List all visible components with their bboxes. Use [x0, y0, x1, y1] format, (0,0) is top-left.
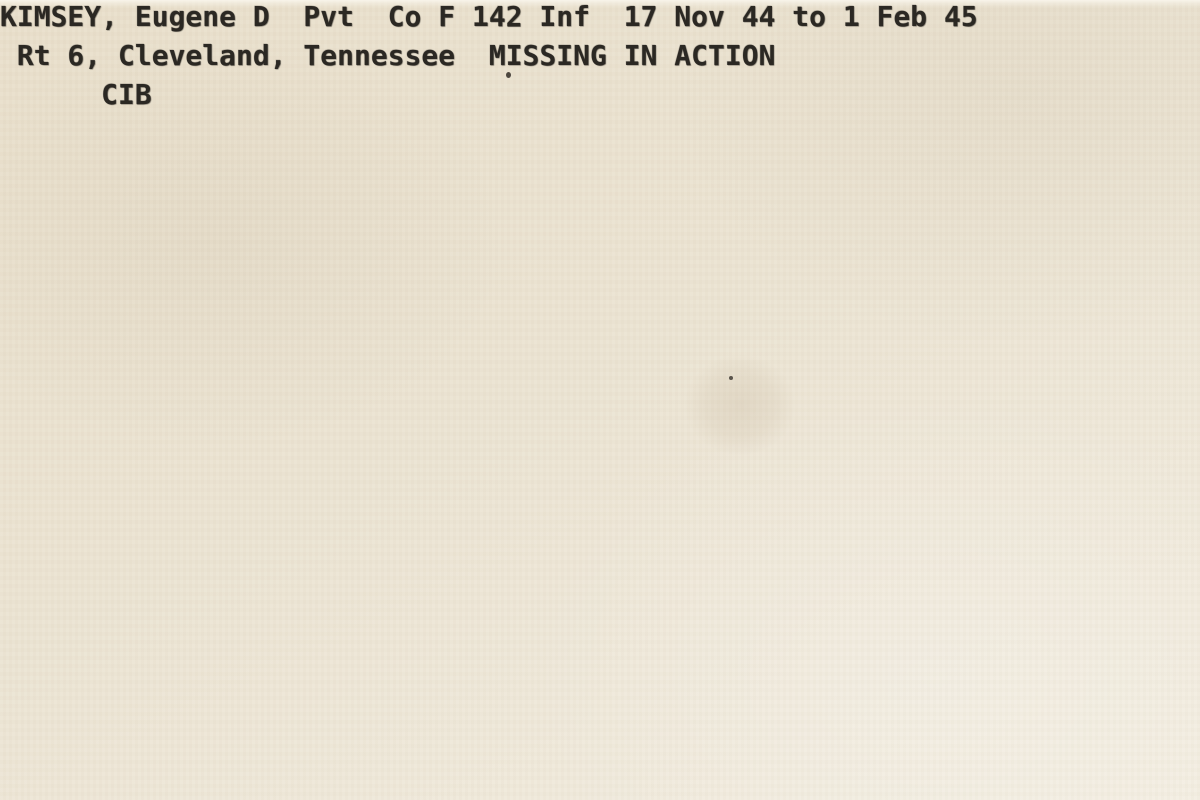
ink-speck	[729, 376, 733, 380]
scanned-index-card: KIMSEY, Eugene D Pvt Co F 142 Inf 17 Nov…	[0, 0, 1200, 800]
card-line-address-status: Rt 6, Cleveland, Tennessee MISSING IN AC…	[0, 36, 978, 75]
card-line-name-rank-unit-dates: KIMSEY, Eugene D Pvt Co F 142 Inf 17 Nov…	[0, 0, 978, 36]
card-line-award: CIB	[0, 75, 978, 114]
paper-stain	[685, 355, 795, 455]
typewritten-text-block: KIMSEY, Eugene D Pvt Co F 142 Inf 17 Nov…	[0, 0, 978, 114]
